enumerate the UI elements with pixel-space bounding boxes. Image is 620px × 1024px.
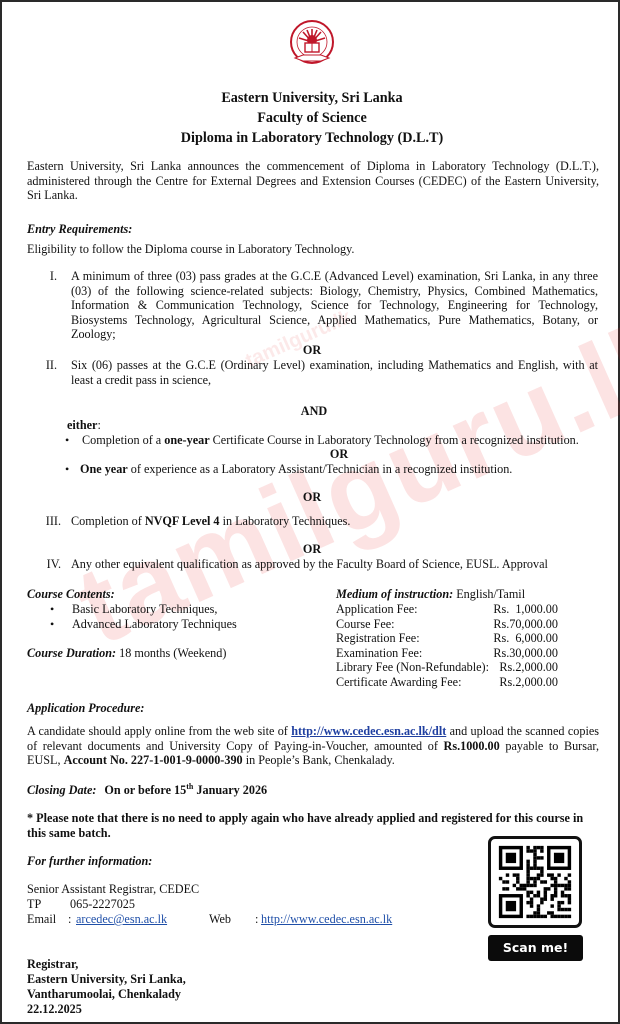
fee-label: Examination Fee: — [336, 646, 422, 661]
bullet-icon: • — [65, 433, 69, 448]
bullet-icon: • — [65, 462, 69, 477]
item-number-1: I. — [27, 269, 57, 284]
document-header: Eastern University, Sri Lanka Faculty of… — [2, 88, 620, 148]
scan-me-button[interactable]: Scan me! — [488, 935, 583, 961]
item-number-3: III. — [31, 514, 61, 529]
course-content-item: Basic Laboratory Techniques, — [72, 602, 217, 617]
closing-date: Closing Date:On or before 15th January 2… — [27, 783, 267, 798]
signature-date: 22.12.2025 — [27, 1002, 186, 1017]
application-procedure-heading: Application Procedure: — [27, 701, 144, 716]
course-content-item: Advanced Laboratory Techniques — [72, 617, 237, 632]
intro-paragraph: Eastern University, Sri Lanka announces … — [27, 159, 599, 203]
signature-university: Eastern University, Sri Lanka, — [27, 972, 186, 987]
bullet-icon: • — [50, 602, 54, 617]
fee-row: Library Fee (Non-Refundable):Rs.2,000.00 — [336, 660, 558, 674]
application-procedure-text: A candidate should apply online from the… — [27, 724, 599, 768]
fee-value: Rs.2,000.00 — [499, 660, 558, 675]
item-number-2: II. — [27, 358, 57, 373]
closing-date-value: On or before 15th January 2026 — [104, 783, 267, 797]
medium-of-instruction: Medium of instruction: English/Tamil — [336, 587, 525, 602]
either-option-1: Completion of a one-year Certificate Cou… — [82, 433, 602, 448]
application-link[interactable]: http://www.cedec.esn.ac.lk/dlt — [291, 724, 446, 738]
qr-code[interactable] — [488, 836, 582, 928]
either-label: either: — [67, 418, 101, 433]
fee-row: Certificate Awarding Fee:Rs.2,000.00 — [336, 675, 558, 689]
requirement-item-1: A minimum of three (03) pass grades at t… — [71, 269, 598, 342]
requirement-item-2: Six (06) passes at the G.C.E (Ordinary L… — [71, 358, 598, 387]
fee-row: Application Fee:Rs. 1,000.00 — [336, 602, 558, 616]
university-logo — [281, 18, 343, 68]
university-name: Eastern University, Sri Lanka — [2, 88, 620, 108]
further-info-heading: For further information: — [27, 854, 152, 869]
fee-label: Application Fee: — [336, 602, 418, 617]
eligibility-text: Eligibility to follow the Diploma course… — [27, 242, 354, 257]
or-separator-2: OR — [309, 447, 369, 462]
fee-row: Examination Fee:Rs.30,000.00 — [336, 646, 558, 660]
faculty-name: Faculty of Science — [2, 108, 620, 128]
course-duration: Course Duration: 18 months (Weekend) — [27, 646, 226, 661]
web-link[interactable]: http://www.cedec.esn.ac.lk — [261, 912, 392, 927]
signature-title: Registrar, — [27, 957, 186, 972]
contact-web-label: Web — [209, 912, 231, 927]
email-separator: : — [68, 912, 71, 927]
either-option-2: One year of experience as a Laboratory A… — [80, 462, 600, 477]
or-separator-1: OR — [282, 343, 342, 358]
signature-block: Registrar, Eastern University, Sri Lanka… — [27, 957, 186, 1017]
requirement-item-3: Completion of NVQF Level 4 in Laboratory… — [71, 514, 598, 529]
or-separator-4: OR — [282, 542, 342, 557]
contact-tp-value: 065-2227025 — [70, 897, 135, 912]
contact-email-label: Email — [27, 912, 56, 927]
course-contents-heading: Course Contents: — [27, 587, 115, 602]
signature-address: Vantharumoolai, Chenkalady — [27, 987, 186, 1002]
fee-label: Library Fee (Non-Refundable): — [336, 660, 489, 675]
fee-label: Course Fee: — [336, 617, 395, 632]
course-title: Diploma in Laboratory Technology (D.L.T) — [2, 128, 620, 148]
item-number-4: IV. — [31, 557, 61, 572]
entry-requirements-heading: Entry Requirements: — [27, 222, 132, 237]
fee-value: Rs. 6,000.00 — [493, 631, 558, 646]
and-separator: AND — [284, 404, 344, 419]
fee-value: Rs.2,000.00 — [499, 675, 558, 690]
contact-office: Senior Assistant Registrar, CEDEC — [27, 882, 199, 897]
fee-label: Registration Fee: — [336, 631, 420, 646]
fee-label: Certificate Awarding Fee: — [336, 675, 461, 690]
qr-code-icon — [491, 839, 579, 925]
email-link[interactable]: arcedec@esn.ac.lk — [76, 912, 167, 927]
fee-value: Rs. 1,000.00 — [493, 602, 558, 617]
web-separator: : — [255, 912, 258, 927]
fee-row: Registration Fee:Rs. 6,000.00 — [336, 631, 558, 645]
or-separator-3: OR — [282, 490, 342, 505]
fee-value: Rs.70,000.00 — [493, 617, 558, 632]
contact-tp-label: TP — [27, 897, 41, 912]
bullet-icon: • — [50, 617, 54, 632]
notice-page: tamilguru.lk tamilguru.lk Eastern Univer… — [0, 0, 620, 1024]
requirement-item-4: Any other equivalent qualification as ap… — [71, 557, 598, 572]
fee-value: Rs.30,000.00 — [493, 646, 558, 661]
fee-row: Course Fee:Rs.70,000.00 — [336, 617, 558, 631]
